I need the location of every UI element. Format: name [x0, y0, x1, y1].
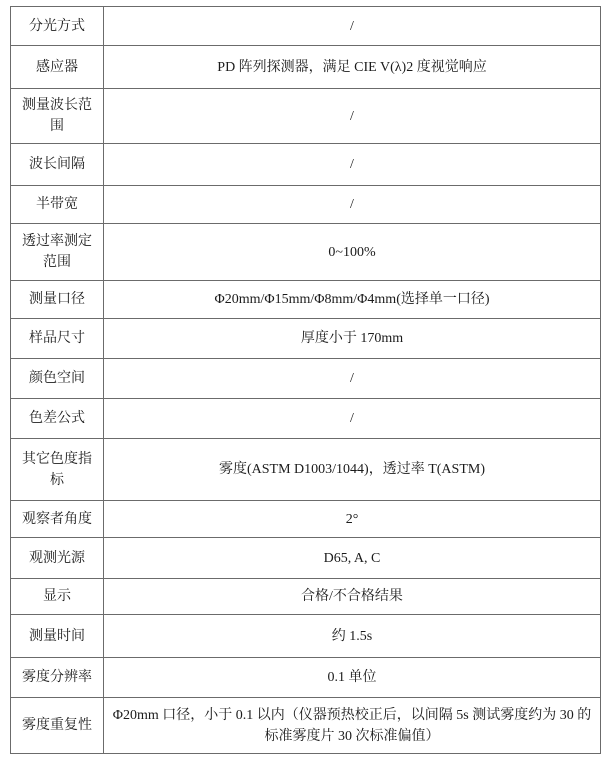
table-row: 观测光源D65, A, C [11, 538, 601, 579]
spec-value: / [104, 144, 601, 186]
table-row: 色差公式/ [11, 399, 601, 439]
spec-value: Φ20mm 口径，小于 0.1 以内（仪器预热校正后，以间隔 5s 测试雾度约为… [104, 698, 601, 754]
table-row: 其它色度指标雾度(ASTM D1003/1044)，透过率 T(ASTM) [11, 439, 601, 501]
table-row: 分光方式/ [11, 7, 601, 46]
spec-value: D65, A, C [104, 538, 601, 579]
spec-label: 测量口径 [11, 281, 104, 319]
spec-label: 半带宽 [11, 186, 104, 224]
table-row: 透过率测定范围0~100% [11, 224, 601, 281]
spec-value: 约 1.5s [104, 615, 601, 658]
spec-label: 雾度分辨率 [11, 658, 104, 698]
table-row: 雾度分辨率0.1 单位 [11, 658, 601, 698]
spec-label: 颜色空间 [11, 359, 104, 399]
spec-value: 2° [104, 501, 601, 538]
spec-label: 分光方式 [11, 7, 104, 46]
spec-value: / [104, 359, 601, 399]
spec-label: 观察者角度 [11, 501, 104, 538]
spec-value: / [104, 89, 601, 144]
spec-label: 感应器 [11, 46, 104, 89]
spec-value: / [104, 7, 601, 46]
spec-value: 厚度小于 170mm [104, 319, 601, 359]
spec-label: 雾度重复性 [11, 698, 104, 754]
spec-label: 其它色度指标 [11, 439, 104, 501]
table-row: 半带宽/ [11, 186, 601, 224]
table-row: 测量口径Φ20mm/Φ15mm/Φ8mm/Φ4mm(选择单一口径) [11, 281, 601, 319]
spec-value: / [104, 399, 601, 439]
spec-value: 合格/不合格结果 [104, 579, 601, 615]
spec-label: 透过率测定范围 [11, 224, 104, 281]
table-row: 雾度重复性Φ20mm 口径，小于 0.1 以内（仪器预热校正后，以间隔 5s 测… [11, 698, 601, 754]
page: 分光方式/感应器PD 阵列探测器，满足 CIE V(λ)2 度视觉响应测量波长范… [0, 0, 610, 760]
spec-label: 显示 [11, 579, 104, 615]
spec-label: 测量波长范围 [11, 89, 104, 144]
spec-value: 0~100% [104, 224, 601, 281]
table-row: 测量波长范围/ [11, 89, 601, 144]
table-row: 颜色空间/ [11, 359, 601, 399]
table-row: 测量时间约 1.5s [11, 615, 601, 658]
table-row: 显示合格/不合格结果 [11, 579, 601, 615]
spec-value: 0.1 单位 [104, 658, 601, 698]
spec-table: 分光方式/感应器PD 阵列探测器，满足 CIE V(λ)2 度视觉响应测量波长范… [10, 6, 601, 754]
spec-value: PD 阵列探测器，满足 CIE V(λ)2 度视觉响应 [104, 46, 601, 89]
spec-value: / [104, 186, 601, 224]
table-row: 波长间隔/ [11, 144, 601, 186]
table-row: 观察者角度2° [11, 501, 601, 538]
spec-label: 测量时间 [11, 615, 104, 658]
spec-value: Φ20mm/Φ15mm/Φ8mm/Φ4mm(选择单一口径) [104, 281, 601, 319]
table-row: 样品尺寸厚度小于 170mm [11, 319, 601, 359]
spec-value: 雾度(ASTM D1003/1044)，透过率 T(ASTM) [104, 439, 601, 501]
spec-label: 波长间隔 [11, 144, 104, 186]
spec-label: 色差公式 [11, 399, 104, 439]
spec-label: 观测光源 [11, 538, 104, 579]
spec-table-body: 分光方式/感应器PD 阵列探测器，满足 CIE V(λ)2 度视觉响应测量波长范… [11, 7, 601, 754]
spec-label: 样品尺寸 [11, 319, 104, 359]
table-row: 感应器PD 阵列探测器，满足 CIE V(λ)2 度视觉响应 [11, 46, 601, 89]
